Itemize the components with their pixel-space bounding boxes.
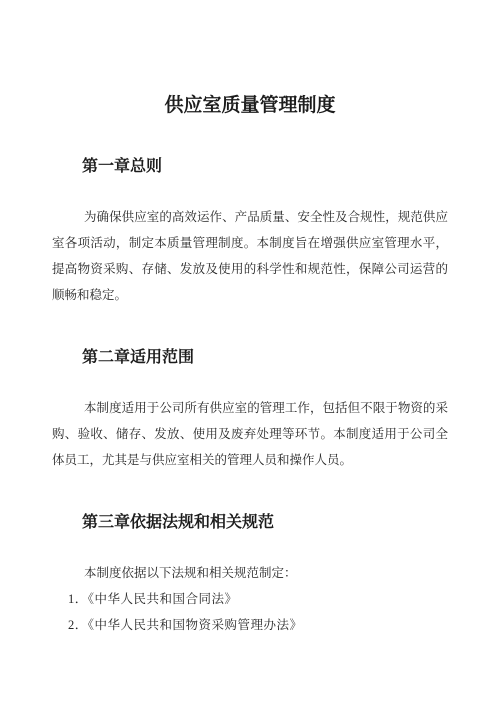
- document-viewport: { "document": { "title": "供应室质量管理制度", "s…: [0, 0, 500, 707]
- section-1-paragraph: 为确保供应室的高效运作、产品质量、安全性及合规性，规范供应室各项活动，制定本质量…: [52, 204, 448, 308]
- section-scope: 第二章适用范围 本制度适用于公司所有供应室的管理工作，包括但不限于物资的采购、验…: [52, 348, 448, 473]
- section-general-provisions: 第一章总则 为确保供应室的高效运作、产品质量、安全性及合规性，规范供应室各项活动…: [52, 157, 448, 308]
- section-2-paragraph: 本制度适用于公司所有供应室的管理工作，包括但不限于物资的采购、验收、储存、发放、…: [52, 395, 448, 473]
- law-list-item-1: 1．《中华人民共和国合同法》: [68, 586, 448, 612]
- section-3-heading: 第三章依据法规和相关规范: [82, 513, 448, 532]
- law-list-item-2: 2．《中华人民共和国物资采购管理办法》: [68, 612, 448, 638]
- section-2-heading: 第二章适用范围: [82, 348, 448, 367]
- document-title: 供应室质量管理制度: [52, 95, 448, 117]
- section-3-intro: 本制度依据以下法规和相关规范制定：: [52, 560, 448, 586]
- section-legal-basis: 第三章依据法规和相关规范 本制度依据以下法规和相关规范制定： 1．《中华人民共和…: [52, 513, 448, 638]
- section-1-heading: 第一章总则: [82, 157, 448, 176]
- document-page: 供应室质量管理制度 第一章总则 为确保供应室的高效运作、产品质量、安全性及合规性…: [0, 0, 500, 707]
